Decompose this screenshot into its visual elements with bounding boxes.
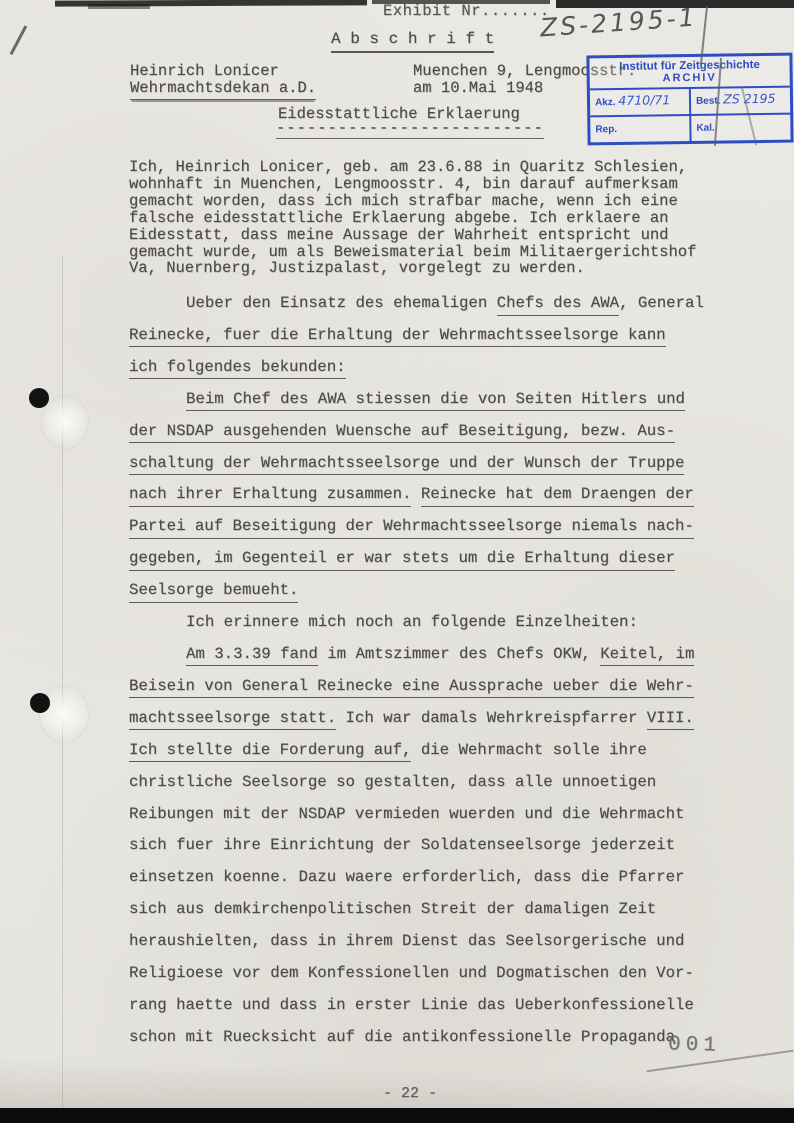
text-line: heraushielten, dass in ihrem Dienst das … [129, 926, 704, 958]
text-line: sich aus demkirchenpolitischen Streit de… [129, 894, 704, 926]
text-line: Ich stellte die Forderung auf, die Wehrm… [129, 735, 704, 767]
document-title: A b s c h r i f t [331, 30, 494, 53]
paper-tear-mark [42, 396, 88, 448]
dateline-date: am 10.Mai 1948 [413, 79, 543, 97]
stamp-field-kal: Kal. [689, 115, 790, 141]
text-line: gemacht worden, dass ich mich strafbar m… [129, 193, 696, 210]
page-stamp-number: 001 [668, 1033, 721, 1057]
footer-page-number: - 22 - [383, 1085, 437, 1102]
sender-name: Heinrich Lonicer [130, 62, 279, 80]
text-line: der NSDAP ausgehenden Wuensche auf Besei… [129, 416, 704, 448]
text-line: sich fuer ihre Einrichtung der Soldatens… [129, 830, 704, 862]
scanned-document-page: Exhibit Nr....... ZS-2195-1 A b s c h r … [0, 0, 794, 1123]
stamp-row: Akz. 4710/71 Best. ZS 2195 [590, 86, 790, 116]
text-line: Ich erinnere mich noch an folgende Einze… [129, 607, 704, 639]
text-line: ich folgendes bekunden: [129, 352, 704, 384]
subject-underline: -------------------------- [276, 119, 544, 139]
punch-hole [30, 693, 50, 713]
stamp-field-akz: Akz. 4710/71 [590, 89, 689, 115]
text-line: Seelsorge bemueht. [129, 575, 704, 607]
stamp-handwritten-value: ZS 2195 [723, 91, 776, 107]
text-line: schaltung der Wehrmachtsseelsorge und de… [129, 448, 704, 480]
stamp-row: Rep. Kal. [590, 113, 790, 143]
stamp-handwritten-value: 4710/71 [618, 92, 670, 108]
text-line: Reibungen mit der NSDAP vermieden wuerde… [129, 799, 704, 831]
handwritten-reference: ZS-2195-1 [539, 3, 698, 43]
text-line: Va, Nuernberg, Justizpalast, vorgelegt z… [129, 260, 696, 277]
text-line: nach ihrer Erhaltung zusammen. Reinecke … [129, 479, 704, 511]
text-line: Religioese vor dem Konfessionellen und D… [129, 958, 704, 990]
exhibit-number-line: Exhibit Nr....... [383, 2, 550, 20]
paper-tear-mark [40, 686, 88, 742]
text-line: Ich, Heinrich Lonicer, geb. am 23.6.88 i… [129, 159, 696, 176]
text-line: christliche Seelsorge so gestalten, dass… [129, 767, 704, 799]
punch-hole [29, 388, 49, 408]
stamp-field-best: Best. ZS 2195 [689, 88, 790, 114]
text-line: gegeben, im Gegenteil er war stets um di… [129, 543, 704, 575]
text-line: gemacht wurde, um als Beweismaterial bei… [129, 244, 696, 261]
stamp-institute-name: Institut für Zeitgeschichte [589, 56, 789, 74]
intro-paragraph: Ich, Heinrich Lonicer, geb. am 23.6.88 i… [129, 159, 696, 277]
text-line: Am 3.3.39 fand im Amtszimmer des Chefs O… [129, 639, 704, 671]
text-line: Partei auf Beseitigung der Wehrmachtssee… [129, 511, 704, 543]
text-line: machtsseelsorge statt. Ich war damals We… [129, 703, 704, 735]
text-line: wohnhaft in Muenchen, Lengmoosstr. 4, bi… [129, 176, 696, 193]
scan-edge-artifact [88, 4, 150, 9]
text-line: einsetzen koenne. Dazu waere erforderlic… [129, 862, 704, 894]
pen-mark [10, 25, 27, 54]
text-line: Ueber den Einsatz des ehemaligen Chefs d… [129, 288, 704, 320]
text-line: rang haette und dass in erster Linie das… [129, 990, 704, 1022]
main-paragraphs: Ueber den Einsatz des ehemaligen Chefs d… [129, 288, 704, 1054]
paper-fold-line [62, 255, 63, 1108]
text-line: Beim Chef des AWA stiessen die von Seite… [129, 384, 704, 416]
text-line: Beisein von General Reinecke eine Ausspr… [129, 671, 704, 703]
scan-edge-artifact [0, 1108, 794, 1123]
text-line: falsche eidesstattliche Erklaerung abgeb… [129, 210, 696, 227]
archive-stamp: Institut für Zeitgeschichte ARCHIV Akz. … [586, 53, 793, 146]
text-line: Reinecke, fuer die Erhaltung der Wehrmac… [129, 320, 704, 352]
text-line: schon mit Ruecksicht auf die antikonfess… [129, 1022, 704, 1054]
sender-role: Wehrmachtsdekan a.D. [130, 79, 316, 100]
stamp-field-rep: Rep. [590, 116, 689, 142]
text-line: Eidesstatt, dass meine Aussage der Wahrh… [129, 227, 696, 244]
